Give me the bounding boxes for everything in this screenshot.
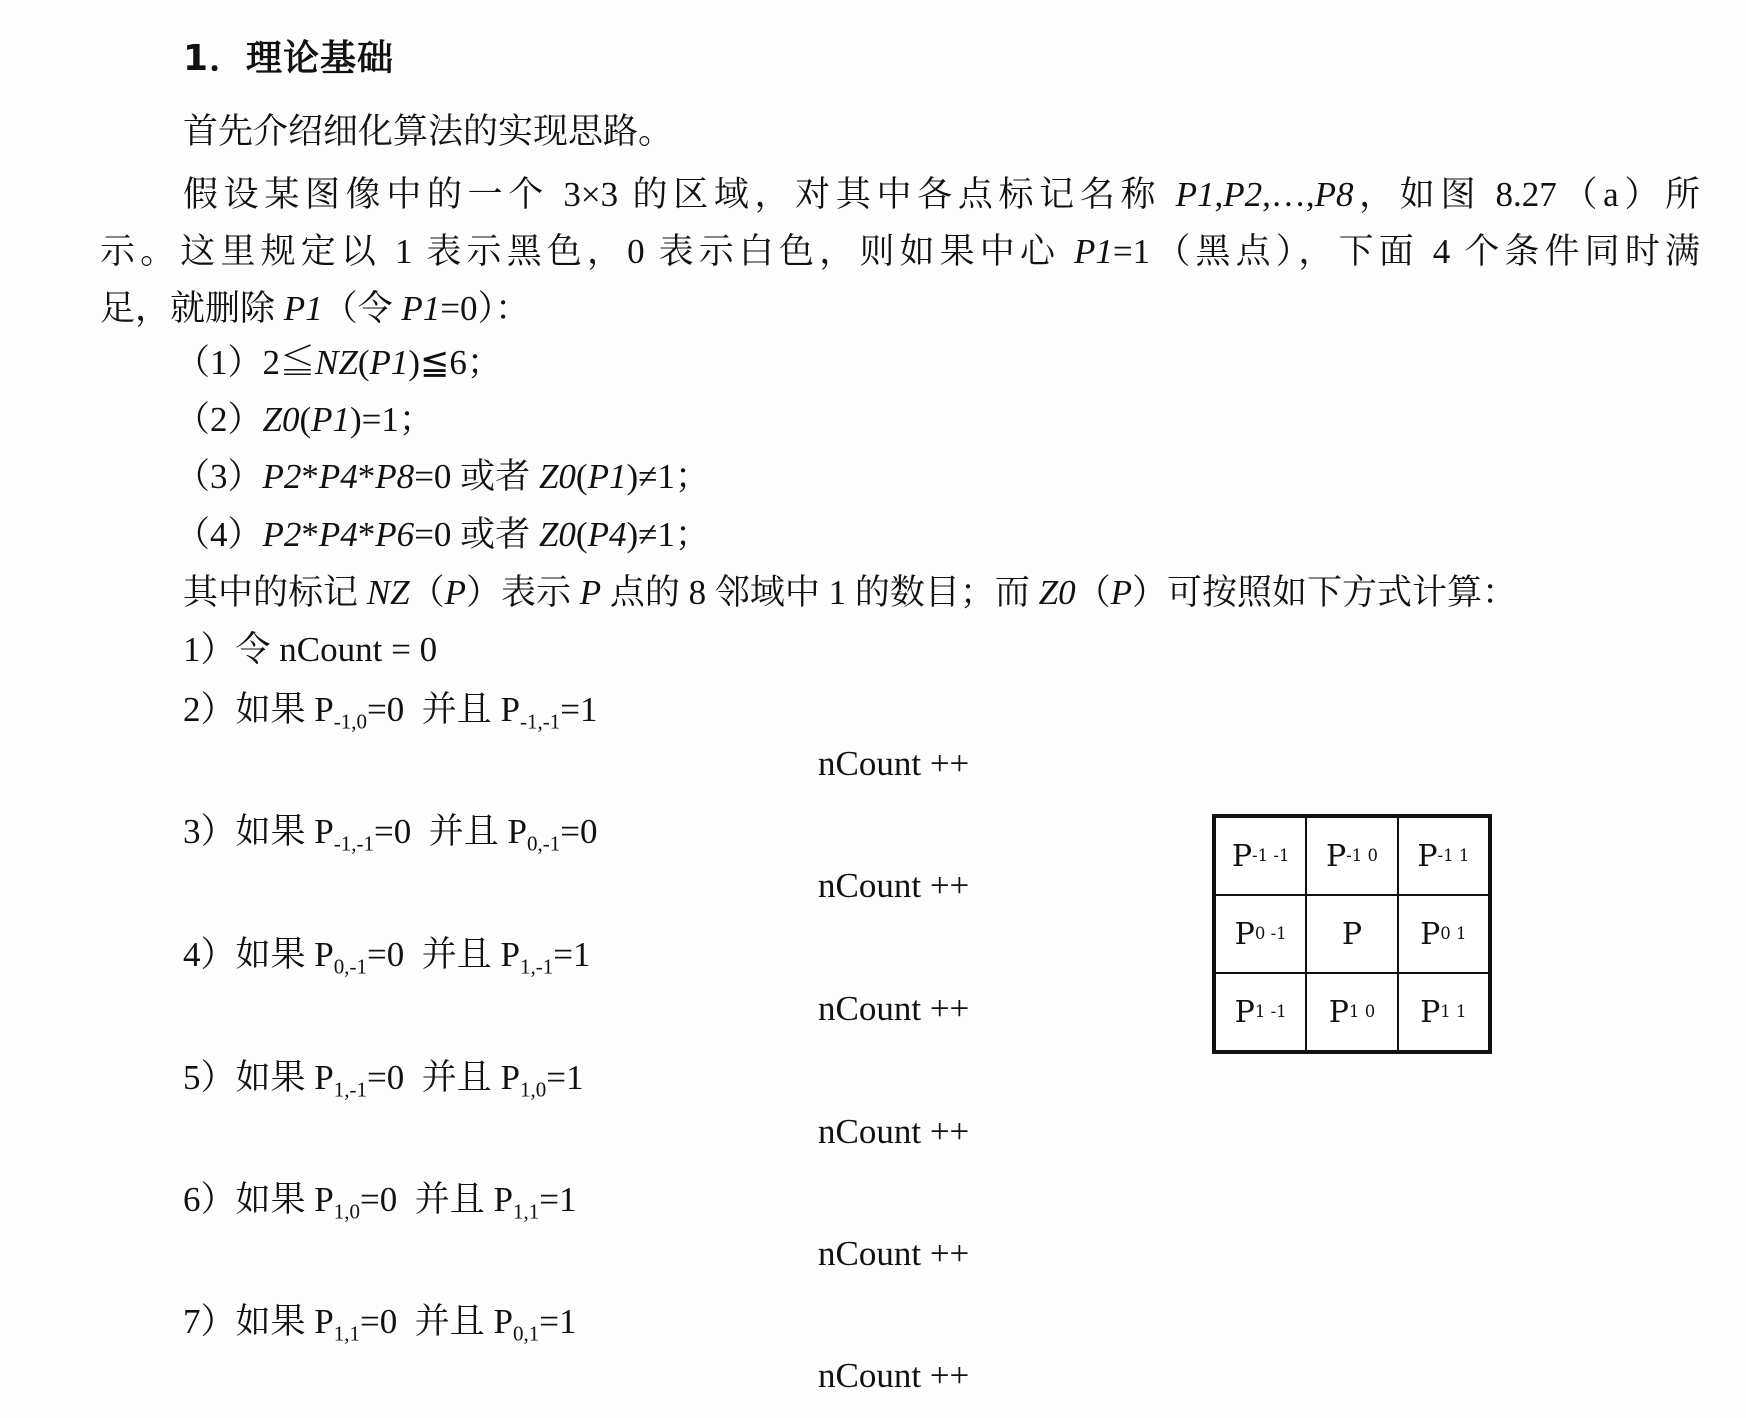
ncount-increment: nCount ++	[818, 1356, 969, 1396]
grid-cell: P1 1	[1398, 973, 1489, 1051]
ncount-increment: nCount ++	[818, 989, 969, 1029]
paragraph-definition: 假设某图像中的一个 3×3 的区域，对其中各点标记名称 P1,P2,…,P8，如…	[100, 166, 1700, 337]
cond-a-symbol: P	[314, 1058, 333, 1097]
step-7: 7）如果 P1,1=0 并且 P0,1=1	[183, 1300, 576, 1344]
step-prefix: 如果	[236, 1302, 315, 1341]
cond-a-value: =0	[367, 935, 404, 974]
step-prefix: 如果	[236, 1180, 315, 1219]
ncount-increment: nCount ++	[818, 1112, 969, 1152]
paragraph-line-2: 示。这里规定以 1 表示黑色，0 表示白色，则如果中心 P1=1（黑点），下面 …	[100, 223, 1700, 280]
paragraph-line-3: 足，就删除 P1（令 P1=0）：	[100, 280, 1700, 337]
cond-b-symbol: P	[494, 1180, 513, 1219]
cond-b-symbol: P	[508, 812, 527, 851]
cond-a-subscript: 0,-1	[334, 954, 367, 978]
step-conjunction: 并且	[397, 1302, 493, 1341]
cond-a-symbol: P	[314, 690, 333, 729]
grid-cell: P0 1	[1398, 895, 1489, 973]
cond-b-value: =1	[553, 935, 590, 974]
step-number: 3）	[183, 812, 236, 851]
step-conjunction: 并且	[404, 690, 500, 729]
step-number: 7）	[183, 1302, 236, 1341]
step-prefix: 如果	[236, 690, 315, 729]
grid-cell: P	[1306, 895, 1397, 973]
ncount-increment: nCount ++	[818, 744, 969, 784]
cond-b-subscript: -1,-1	[520, 709, 560, 733]
cell-symbol: P	[1232, 839, 1252, 874]
cond-b-value: =1	[560, 690, 597, 729]
cond-b-symbol: P	[494, 1302, 513, 1341]
cell-symbol: P	[1417, 839, 1437, 874]
cond-b-symbol: P	[501, 690, 520, 729]
grid-cell: P1 -1	[1215, 973, 1306, 1051]
grid-cell: P-1 0	[1306, 817, 1397, 895]
step-number: 1）	[183, 630, 236, 669]
step-3: 3）如果 P-1,-1=0 并且 P0,-1=0	[183, 810, 597, 854]
step-number: 2）	[183, 690, 236, 729]
step-prefix: 如果	[236, 1058, 315, 1097]
cell-symbol: P	[1342, 917, 1362, 952]
paragraph-line-1: 假设某图像中的一个 3×3 的区域，对其中各点标记名称 P1,P2,…,P8，如…	[100, 166, 1700, 223]
cell-symbol: P	[1235, 917, 1255, 952]
cond-b-subscript: 0,1	[513, 1321, 539, 1345]
cond-b-value: =0	[560, 812, 597, 851]
cond-b-subscript: 0,-1	[527, 831, 560, 855]
cond-a-value: =0	[360, 1302, 397, 1341]
cond-a-subscript: -1,-1	[334, 831, 374, 855]
step-conjunction: 并且	[404, 1058, 500, 1097]
cond-b-subscript: 1,1	[513, 1199, 539, 1223]
cond-a-value: =0	[374, 812, 411, 851]
cond-a-subscript: -1,0	[334, 709, 367, 733]
cell-symbol: P	[1329, 995, 1349, 1030]
step-2: 2）如果 P-1,0=0 并且 P-1,-1=1	[183, 688, 597, 732]
cond-b-subscript: 1,0	[520, 1077, 546, 1101]
cell-symbol: P	[1420, 995, 1440, 1030]
cond-b-value: =1	[539, 1302, 576, 1341]
step-number: 6）	[183, 1180, 236, 1219]
grid-cell: P-1 1	[1398, 817, 1489, 895]
condition-2: （2）Z0(P1)=1；	[175, 398, 434, 442]
condition-1: （1）2≦NZ(P1)≦6；	[175, 341, 502, 385]
grid-cell: P-1 -1	[1215, 817, 1306, 895]
cond-b-symbol: P	[501, 1058, 520, 1097]
cond-a-subscript: 1,1	[334, 1321, 360, 1345]
neighborhood-grid-figure: P-1 -1P-1 0P-1 1P0 -1PP0 1P1 -1P1 0P1 1	[1212, 814, 1492, 1054]
cell-symbol: P	[1326, 839, 1346, 874]
step-4: 4）如果 P0,-1=0 并且 P1,-1=1	[183, 933, 590, 977]
condition-4: （4）P2*P4*P6=0 或者 Z0(P4)≠1；	[175, 513, 710, 557]
step-number: 4）	[183, 935, 236, 974]
grid-cell: P0 -1	[1215, 895, 1306, 973]
intro-text: 首先介绍细化算法的实现思路。	[183, 110, 673, 154]
step-prefix: 如果	[236, 812, 315, 851]
cell-symbol: P	[1235, 995, 1255, 1030]
step-prefix: 如果	[236, 935, 315, 974]
step-conjunction: 并且	[411, 812, 507, 851]
step-number: 5）	[183, 1058, 236, 1097]
step-5: 5）如果 P1,-1=0 并且 P1,0=1	[183, 1056, 583, 1100]
cond-b-symbol: P	[501, 935, 520, 974]
step-text: 令 nCount = 0	[236, 630, 438, 669]
cond-b-value: =1	[546, 1058, 583, 1097]
cond-a-value: =0	[367, 690, 404, 729]
step-1: 1）令 nCount = 0	[183, 628, 437, 672]
cond-a-symbol: P	[314, 1302, 333, 1341]
cell-symbol: P	[1420, 917, 1440, 952]
cond-a-symbol: P	[314, 1180, 333, 1219]
cond-b-subscript: 1,-1	[520, 954, 553, 978]
ncount-increment: nCount ++	[818, 1234, 969, 1274]
section-heading: 1．理论基础	[183, 30, 394, 81]
ncount-increment: nCount ++	[818, 866, 969, 906]
grid-cell: P1 0	[1306, 973, 1397, 1051]
step-6: 6）如果 P1,0=0 并且 P1,1=1	[183, 1178, 576, 1222]
cond-a-symbol: P	[314, 935, 333, 974]
step-conjunction: 并且	[397, 1180, 493, 1219]
condition-3: （3）P2*P4*P8=0 或者 Z0(P1)≠1；	[175, 455, 710, 499]
explanation-text: 其中的标记 NZ（P）表示 P 点的 8 邻域中 1 的数目；而 Z0（P）可按…	[183, 571, 1517, 615]
cond-a-value: =0	[367, 1058, 404, 1097]
cond-a-subscript: 1,-1	[334, 1077, 367, 1101]
cond-a-subscript: 1,0	[334, 1199, 360, 1223]
step-conjunction: 并且	[404, 935, 500, 974]
cond-a-value: =0	[360, 1180, 397, 1219]
cond-b-value: =1	[539, 1180, 576, 1219]
cond-a-symbol: P	[314, 812, 333, 851]
